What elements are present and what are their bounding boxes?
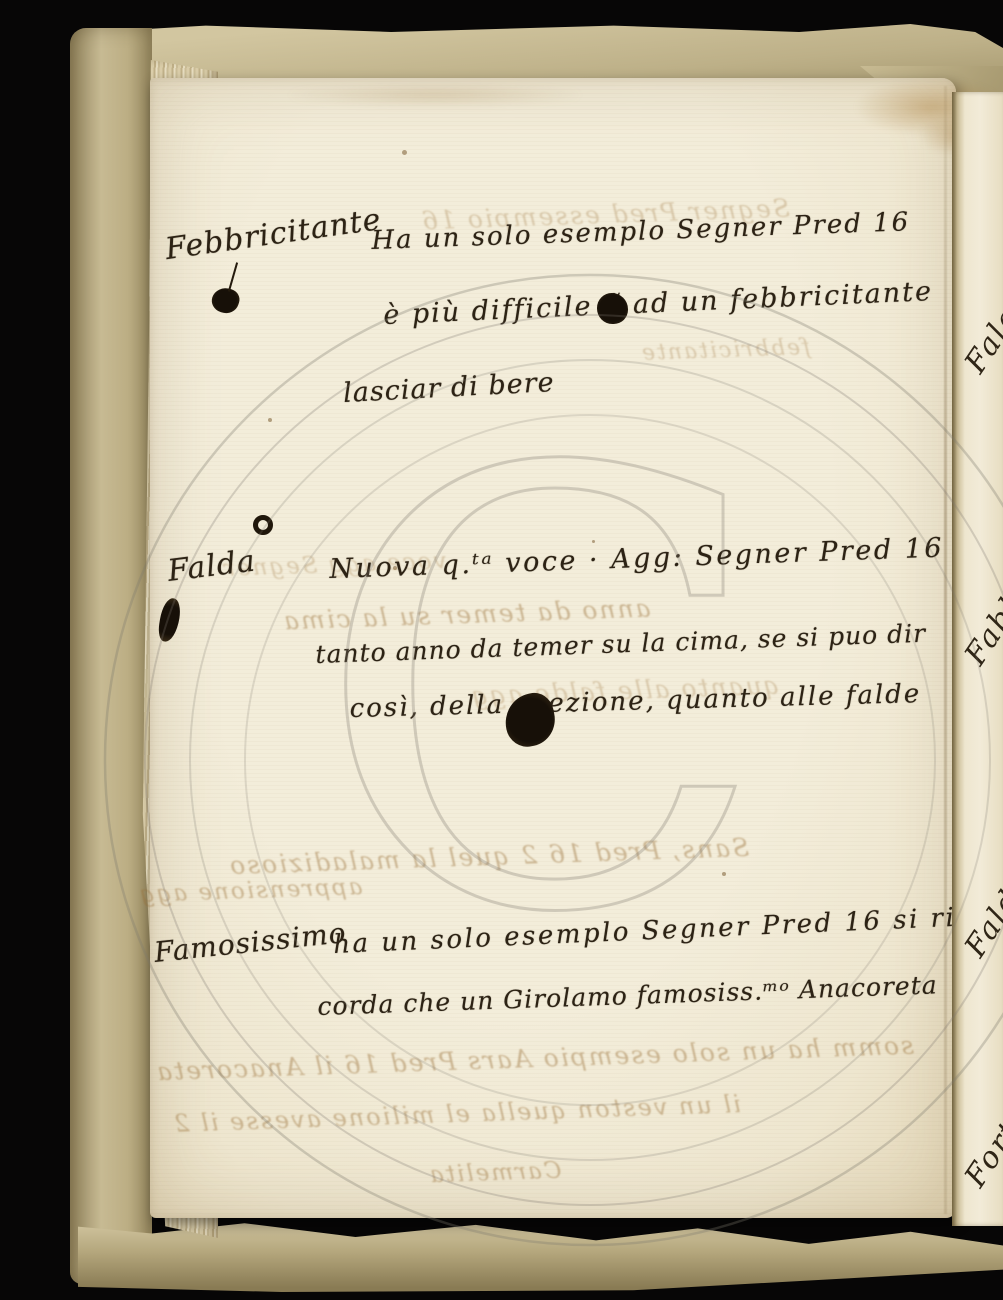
vellum-cover-spine [70,28,152,1284]
crease-line [944,86,947,1214]
foxing-spot [722,872,726,876]
foxing-spot [268,418,272,422]
bleedthrough-line: Carmelita [428,1158,562,1189]
edge-text-fragment: Forte [958,1098,1003,1193]
edge-text-fragment: Falde [958,867,1003,964]
edge-text-fragment: Faleg [958,283,1003,380]
page-stain [290,84,580,106]
foxing-spot [592,540,595,543]
edge-text-fragment: Fabb [958,583,1003,671]
falda-superscript-ring [253,515,273,535]
foxing-spot [402,150,407,155]
ink-blot [597,293,628,324]
manuscript-photo-scene: Segner Pred essempio 16 febbricitante vo… [0,0,1003,1300]
facing-page-edge: Faleg Fabb Falde Forte [952,92,1003,1226]
